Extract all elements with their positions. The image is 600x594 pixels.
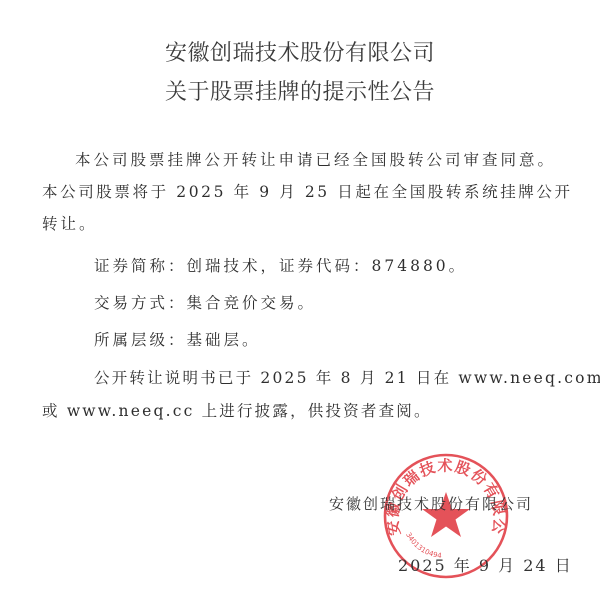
signature-date: 2025 年 9 月 24 日 <box>398 553 573 576</box>
paragraph-1-line-3: 转让。 <box>42 212 98 234</box>
signature-company: 安徽创瑞技术股份有限公司 <box>329 493 533 514</box>
notice-title-heading: 关于股票挂牌的提示性公告 <box>0 75 600 106</box>
tier-line: 所属层级：基础层。 <box>94 328 261 350</box>
security-info-line: 证券简称：创瑞技术，证券代码：874880。 <box>94 254 467 276</box>
paragraph-1-line-2: 本公司股票将于 2025 年 9 月 25 日起在全国股转系统挂牌公开 <box>42 180 573 202</box>
disclosure-line-1: 公开转让说明书已于 2025 年 8 月 21 日在 www.neeq.com.… <box>94 366 600 388</box>
disclosure-line-2: 或 www.neeq.cc 上进行披露，供投资者查阅。 <box>42 399 432 421</box>
paragraph-1-line-1: 本公司股票挂牌公开转让申请已经全国股转公司审查同意。 <box>75 148 556 170</box>
company-name-heading: 安徽创瑞技术股份有限公司 <box>0 36 600 67</box>
trading-method-line: 交易方式：集合竞价交易。 <box>94 291 316 313</box>
